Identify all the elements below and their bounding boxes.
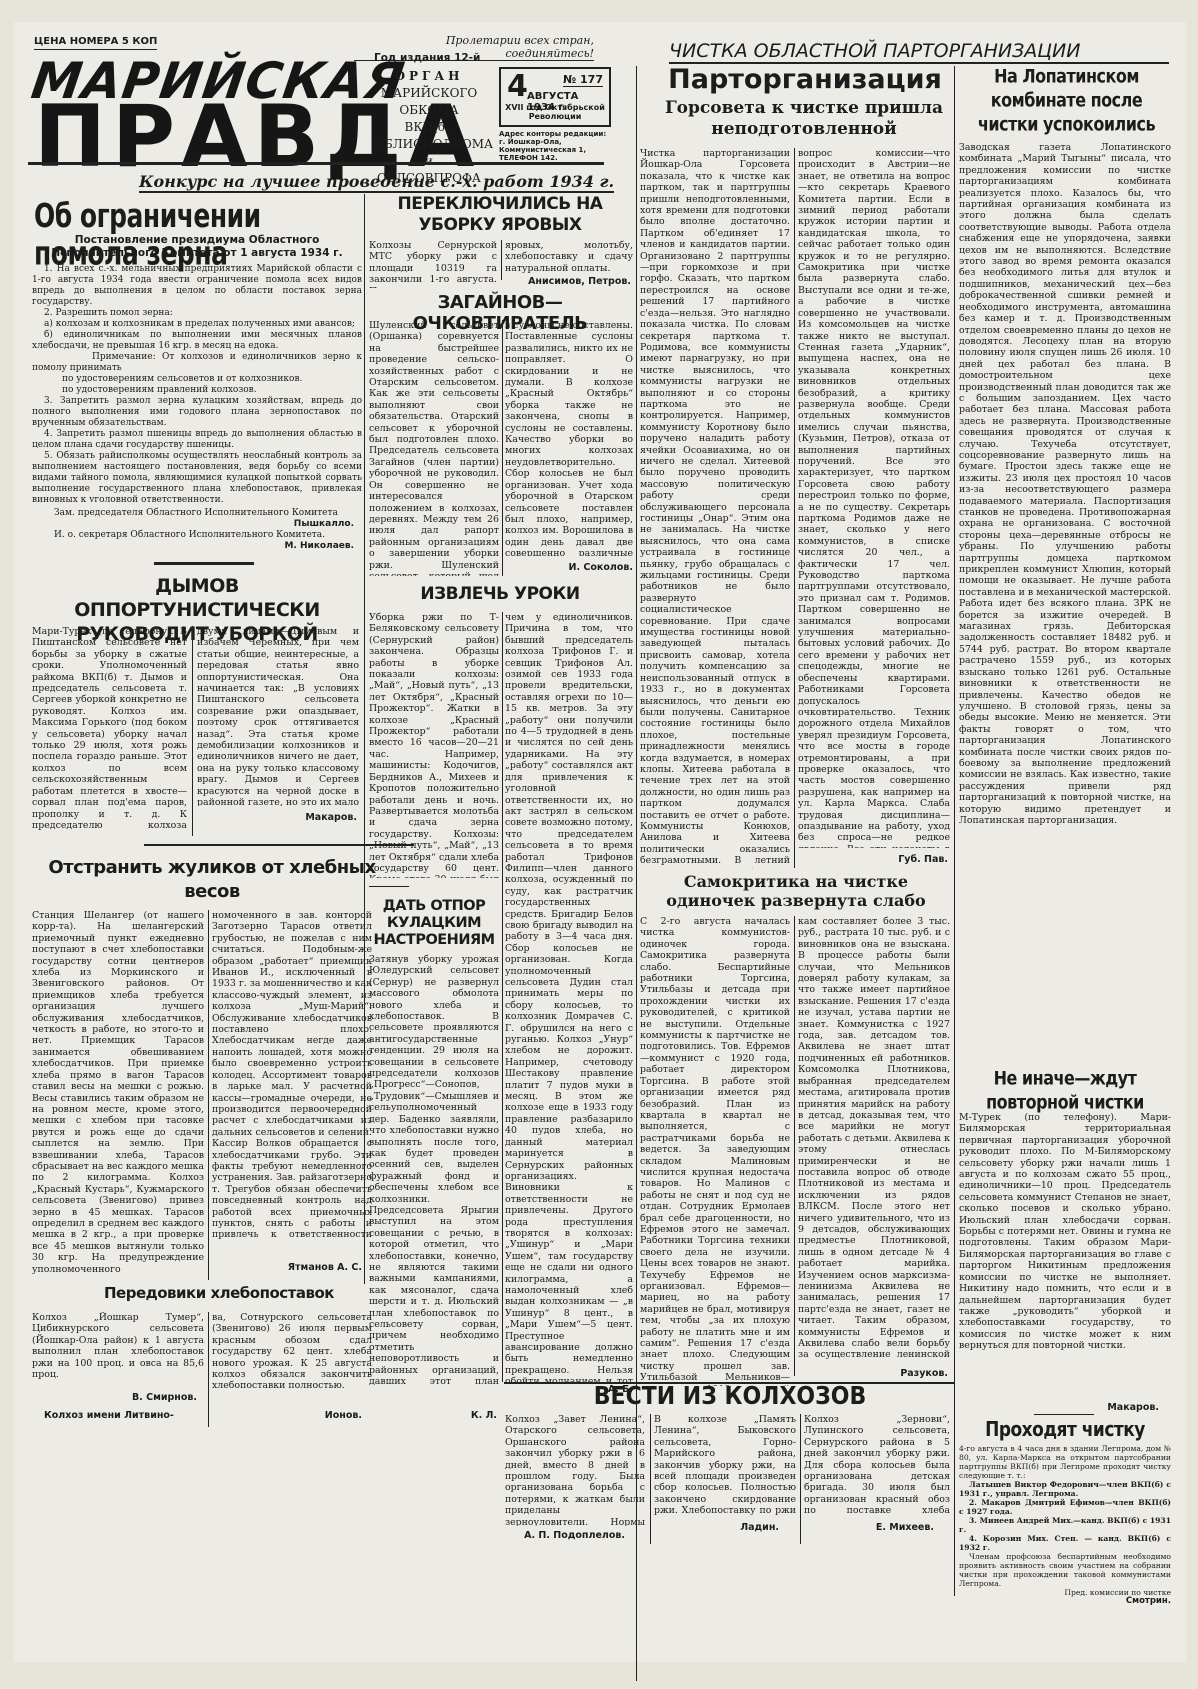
organ-line: МАРИЙСКОГО xyxy=(374,85,484,102)
article-col-zagaynov-2: в суслоны не составлены. Поставленные су… xyxy=(505,320,633,556)
article-body-lopatino: Заводская газета Лопатинского комбината … xyxy=(959,142,1171,1062)
paragraph: Примечание: От колхозов и единоличников … xyxy=(32,352,362,374)
headline-peredoviki: Передовики хлебопоставок xyxy=(104,1284,334,1302)
headline-zhuliki: Отстранить жуликов от хлебных весов xyxy=(32,856,392,904)
article-col-zagaynov-1: Шуленский сельсовет (Оршанка) соревнуетс… xyxy=(369,320,499,576)
signature-pereklyuchilis: Анисимов, Петров. xyxy=(505,276,631,287)
column-divider xyxy=(208,910,209,1280)
year-of-publication: Год издания 12-й xyxy=(374,52,484,64)
prokhodyat-list: Латышев Виктор Федорович—член ВКП(б) с 1… xyxy=(959,1480,1171,1552)
article-col-dymov-2: двумя лицами—Дымовым и избачем Черемных,… xyxy=(197,626,359,806)
organ-label: ОРГАН xyxy=(374,68,484,85)
prokhodyat-outro: Членам профсоюза беспартийным необходимо… xyxy=(959,1552,1171,1588)
paragraph: б) единоличникам по выполнении ими месяч… xyxy=(32,330,362,352)
signature-vesti-3: Е. Михеев. xyxy=(804,1522,934,1533)
date-day: 4 xyxy=(507,69,528,104)
article-col-pereklyuchilis-1: Колхозы Сернурской МТС уборку ржи с площ… xyxy=(369,240,497,288)
list-item: 4. Корозин Мих. Степ. — канд. ВКП(б) с 1… xyxy=(959,1534,1171,1552)
column-divider xyxy=(650,1414,651,1544)
article-col-gorsovet-1: Чистка парторганизации Йошкар-Ола Горсов… xyxy=(640,148,790,868)
column-divider xyxy=(502,320,503,576)
paragraph: 1. На всех с.-х. мельничных предприятиях… xyxy=(32,264,362,308)
section-banner-left: Конкурс на лучшее проведение с.-х. работ… xyxy=(139,172,614,193)
article-col-peredoviki-1: Колхоз „Йошкар Тумер“, Цибикнурского сел… xyxy=(32,1312,204,1388)
signature-label: И. о. секретаря Областного Исполнительно… xyxy=(54,530,354,541)
article-body-prokhodyat: 4-го августа в 4 часа дня в здании Легпр… xyxy=(959,1444,1171,1606)
separator xyxy=(154,562,254,565)
column-divider xyxy=(794,148,795,868)
paragraph: 3. Запретить размол зерна кулацким хозяй… xyxy=(32,396,362,429)
signature-label: Зам. председателя Областного Исполнитель… xyxy=(54,508,354,519)
column-divider xyxy=(208,1312,209,1427)
paragraph: 5. Обязать райисполкомы осуществлять нео… xyxy=(32,451,362,502)
signature-samokritika: Разуков. xyxy=(798,1368,948,1379)
separator xyxy=(369,886,409,887)
paragraph: 2. Разрешить помол зерна: xyxy=(32,308,362,319)
list-item: Латышев Виктор Федорович—член ВКП(б) с 1… xyxy=(959,1480,1171,1498)
column-divider xyxy=(502,612,503,1382)
article-body-ne-inache: М-Турек (по телефону). Мари-Биляморская … xyxy=(959,1112,1171,1400)
prokhodyat-intro: 4-го августа в 4 часа дня в здании Легпр… xyxy=(959,1444,1171,1480)
headline-otpor: ДАТЬ ОТПОР КУЛАЦКИМ НАСТРОЕНИЯМ xyxy=(369,898,499,949)
article-col-izvlech-1: Уборка ржи по Т-Беляковскому сельсовету … xyxy=(369,612,499,878)
issue-number: № 177 xyxy=(563,73,603,87)
signature-gorsovet: Губ. Пав. xyxy=(798,854,948,865)
signature-peredoviki-1: В. Смирнов. xyxy=(32,1392,197,1403)
signature-zagaynov: И. Соколов. xyxy=(505,562,633,573)
date-box: 4 № 177 АВГУСТА 1934 г. XVII год Октябрь… xyxy=(499,67,611,127)
article-col-peredoviki-2: ва, Сотнурского сельсовета (Звенигово) 2… xyxy=(212,1312,372,1404)
paragraph: а) колхозам и колхозникам в пределах пол… xyxy=(32,319,362,330)
headline-lopatino: На Лопатинском комбинате после чистки ус… xyxy=(959,64,1174,136)
signature-name: М. Николаев. xyxy=(284,541,354,551)
signature-otpor: К. Л. xyxy=(369,1410,497,1421)
article-col-zhuliki-2: номоченного в зав. конторой Заготзерно Т… xyxy=(212,910,372,1240)
article-col-zhuliki-1: Станция Шелангер (от нашего корр-та). На… xyxy=(32,910,204,1280)
article-body-pomol: 1. На всех с.-х. мельничных предприятиях… xyxy=(32,264,362,502)
paragraph: по удостоверениям сельсоветов и от колхо… xyxy=(32,374,362,385)
article-col-vesti-2: В колхозе „Память Ленина“, Быковского се… xyxy=(654,1414,796,1518)
article-col-vesti-1: Колхоз „Завет Ленина“, Отарского сельсов… xyxy=(505,1414,645,1526)
headline-gorsovet: Парторганизация xyxy=(640,64,970,95)
masthead-rule xyxy=(28,162,604,165)
signature-vesti-2: Ладин. xyxy=(654,1522,779,1533)
headline-samokritika: Самокритика на чистке одиночек развернут… xyxy=(640,872,952,910)
article-col-izvlech-2: чем у единоличников. Причина в том, что … xyxy=(505,612,633,1382)
signature-prokhodyat: Смотрин. xyxy=(959,1597,1171,1606)
organ-line: ОБКОМА ВКП(б), xyxy=(374,102,484,136)
column-divider xyxy=(192,626,193,836)
headline-ne-inache: Не иначе—ждут повторной чистки xyxy=(959,1066,1171,1114)
column-divider xyxy=(794,916,795,1376)
signature-name: Пышкалло. xyxy=(294,519,354,529)
signature-ne-inache: Макаров. xyxy=(959,1402,1159,1413)
article-body-otpor: Затянув уборку урожая Юледурский сельсов… xyxy=(369,954,499,1388)
article-col-vesti-3: Колхоз „Зернови“, Лупинского сельсовета,… xyxy=(804,1414,950,1518)
paragraph: по удостоверениям правлений колхозов. xyxy=(32,385,362,396)
organ-block: Год издания 12-й ОРГАН МАРИЙСКОГО ОБКОМА… xyxy=(374,52,484,187)
headline-prokhodyat: Проходят чистку xyxy=(959,1418,1171,1442)
article-col-samokritika-1: С 2-го августа началась чистка коммунист… xyxy=(640,916,790,1386)
newspaper-page: ЦЕНА НОМЕРА 5 КОП Пролетарии всех стран,… xyxy=(14,22,1186,1662)
signature-dymov: Макаров. xyxy=(197,812,357,823)
price-label: ЦЕНА НОМЕРА 5 КОП xyxy=(34,36,157,50)
headline-vesti: ВЕСТИ ИЗ КОЛХОЗОВ xyxy=(506,1382,954,1411)
list-item: 3. Минеев Андрей Мих.—канд. ВКП(б) с 193… xyxy=(959,1516,1171,1534)
signature-block-pomol: Зам. председателя Областного Исполнитель… xyxy=(54,508,354,552)
paragraph: 4. Запретить размол пшеницы впредь до вы… xyxy=(32,429,362,451)
article-col-samokritika-2: кам составляет более 3 тыс. руб., растра… xyxy=(798,916,950,1362)
article-col-dymov-1: Мари-Турек (по телефону). В Пиштанском с… xyxy=(32,626,187,832)
article-col-peredoviki-1b: Колхоз имени Литвино- xyxy=(44,1410,174,1421)
article-col-pereklyuchilis-2: яровых, молотьбу, хлебопоставку и сдачу … xyxy=(505,240,633,276)
column-divider xyxy=(800,1414,801,1544)
subhead-gorsovet: Горсовета к чистке пришла неподготовленн… xyxy=(654,98,954,140)
article-col-gorsovet-2: вопрос комиссии—что происходит в Австрии… xyxy=(798,148,950,848)
signature-zhuliki: Ятманов А. С. xyxy=(212,1262,362,1273)
revolution-year: XVII год Октябрьской Революции xyxy=(505,103,605,121)
headline-izvlech: ИЗВЛЕЧЬ УРОКИ xyxy=(369,584,631,604)
subhead-pomol: Постановление президиума Областного Испо… xyxy=(32,234,362,260)
signature-vesti-1: А. П. Подоплелов. xyxy=(505,1530,625,1541)
editorial-address: Адрес конторы редакции: г. Йошкар-Ола, К… xyxy=(499,130,611,162)
list-item: 2. Макаров Дмитрий Ефимов—член ВКП(б) с … xyxy=(959,1498,1171,1516)
column-divider xyxy=(954,66,955,1596)
signature-peredoviki-2: Ионов. xyxy=(212,1410,362,1421)
separator xyxy=(1034,1414,1094,1415)
headline-pereklyuchilis: ПЕРЕКЛЮЧИЛИСЬ НА УБОРКУ ЯРОВЫХ xyxy=(369,194,631,236)
column-divider xyxy=(501,240,502,280)
section-banner-right: ЧИСТКА ОБЛАСТНОЙ ПАРТОРГАНИЗАЦИИ xyxy=(669,40,1169,64)
